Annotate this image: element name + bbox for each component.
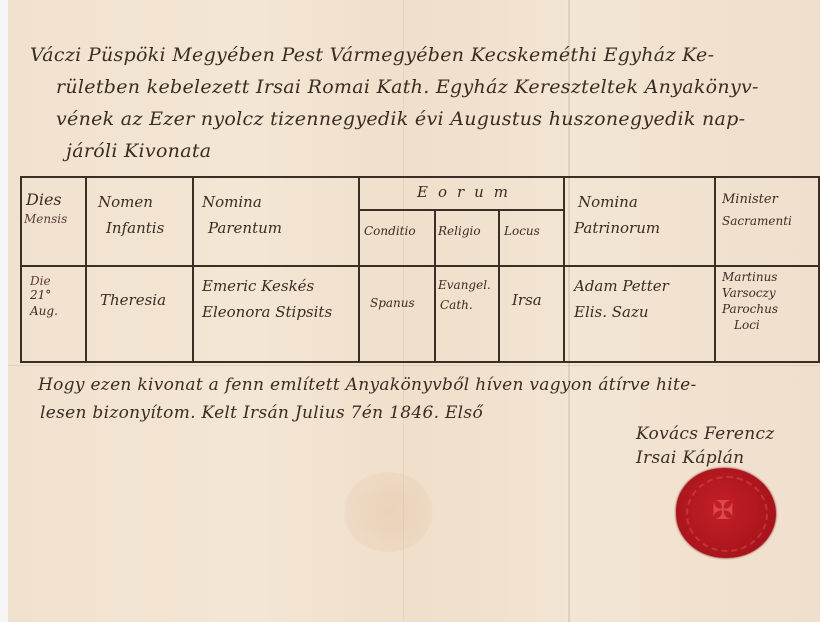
header-infantis: Infantis: [106, 218, 164, 238]
header-locus: Locus: [504, 224, 540, 239]
header-conditio: Conditio: [364, 224, 416, 239]
row-conditio: Spanus: [370, 296, 415, 311]
record-table: Dies Mensis Nomen Infantis Nomina Parent…: [20, 176, 820, 363]
row-die: Die: [30, 274, 51, 289]
header-parentum: Parentum: [208, 218, 282, 238]
signature-title: Irsai Káplán: [636, 448, 744, 468]
header-line-4: járóli Kivonata: [66, 140, 211, 162]
row-minister-1: Martinus: [722, 270, 777, 285]
row-minister-2: Varsoczy: [722, 286, 776, 301]
row-minister-3: Parochus: [722, 302, 778, 317]
header-line-2: rületben kebelezett Irsai Romai Kath. Eg…: [56, 76, 759, 98]
row-minister-4: Loci: [734, 318, 760, 333]
row-mother: Eleonora Stipsits: [202, 302, 332, 322]
header-nomina: Nomina: [202, 192, 262, 212]
header-mensis: Mensis: [24, 212, 67, 227]
header-eorum: Eorum: [417, 182, 518, 202]
row-locus: Irsa: [512, 290, 542, 310]
seal-emblem-icon: ✠: [712, 496, 734, 526]
attestation-line-1: Hogy ezen kivonat a fenn említett Anyakö…: [38, 375, 697, 395]
header-minister: Minister: [722, 192, 778, 207]
header-line-1: Váczi Püspöki Megyében Pest Vármegyében …: [30, 44, 714, 66]
document-paper: Váczi Püspöki Megyében Pest Vármegyében …: [8, 0, 820, 622]
row-religio-1: Evangel.: [438, 278, 491, 293]
paper-stain: [343, 472, 433, 552]
header-nomina-patrinorum: Nomina: [578, 192, 638, 212]
row-father: Emeric Keskés: [202, 276, 314, 296]
header-patrinorum: Patrinorum: [574, 218, 660, 238]
row-day: 21°: [30, 288, 51, 303]
row-godparent-2: Elis. Sazu: [574, 302, 649, 322]
row-infant-name: Theresia: [100, 290, 166, 310]
attestation-line-2: lesen bizonyítom. Kelt Irsán Julius 7én …: [40, 403, 483, 423]
wax-seal: ✠: [676, 468, 776, 558]
row-godparent-1: Adam Petter: [574, 276, 669, 296]
row-month: Aug.: [30, 304, 58, 319]
header-dies: Dies: [26, 190, 62, 210]
header-religio: Religio: [438, 224, 481, 239]
header-sacramenti: Sacramenti: [722, 214, 792, 229]
paper-fold: [8, 365, 820, 366]
header-nomen: Nomen: [98, 192, 153, 212]
header-line-3: vének az Ezer nyolcz tizennegyedik évi A…: [56, 108, 745, 130]
signature-name: Kovács Ferencz: [636, 424, 775, 444]
row-religio-2: Cath.: [440, 298, 473, 313]
image-border: [0, 0, 8, 622]
